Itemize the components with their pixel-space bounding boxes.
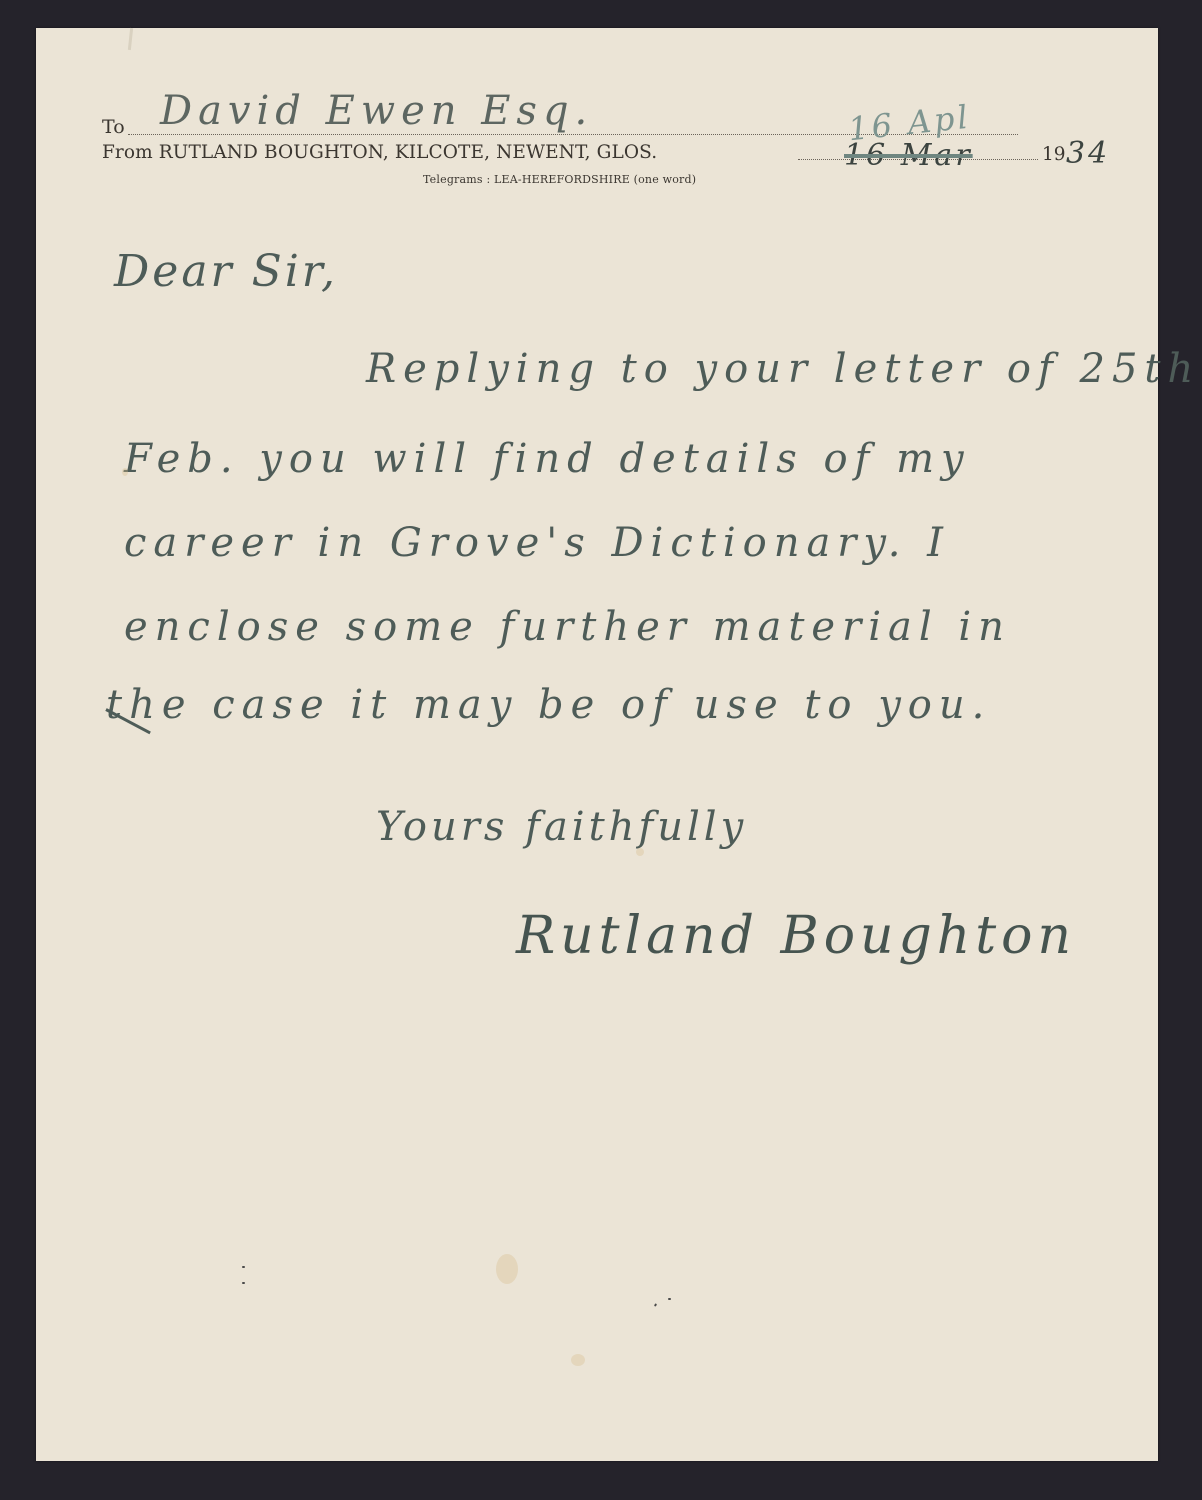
recipient-name: David Ewen Esq.: [160, 88, 593, 134]
paper-stain: [636, 848, 644, 856]
ink-speck: [242, 1282, 245, 1284]
ink-speck: [668, 1298, 671, 1300]
paper-tear: [128, 28, 133, 50]
to-label: To: [102, 116, 125, 138]
body-line: the case it may be of use to you.: [106, 682, 991, 728]
sender-address: From RUTLAND BOUGHTON, KILCOTE, NEWENT, …: [102, 142, 657, 163]
salutation: Dear Sir,: [114, 246, 338, 297]
telegrams-line: Telegrams : LEA-HEREFORDSHIRE (one word): [423, 173, 696, 186]
paper-stain: [571, 1354, 585, 1366]
year-prefix: 19: [1042, 144, 1066, 165]
body-line: Feb. you will find details of my: [124, 436, 971, 482]
body-line: career in Grove's Dictionary. I: [124, 520, 950, 566]
paper-stain: [496, 1254, 518, 1284]
paper-stain: [122, 468, 128, 476]
body-line: enclose some further material in: [124, 604, 1011, 650]
year-suffix: 34: [1066, 136, 1110, 171]
ink-speck: [242, 1266, 245, 1268]
date-struck-out: 16 Mar: [844, 138, 973, 173]
letter-page: To David Ewen Esq. From RUTLAND BOUGHTON…: [36, 28, 1158, 1461]
body-line: Replying to your letter of 25th: [366, 346, 1200, 392]
ink-speck: [654, 1303, 657, 1307]
closing: Yours faithfully: [376, 804, 747, 850]
signature: Rutland Boughton: [516, 906, 1076, 966]
